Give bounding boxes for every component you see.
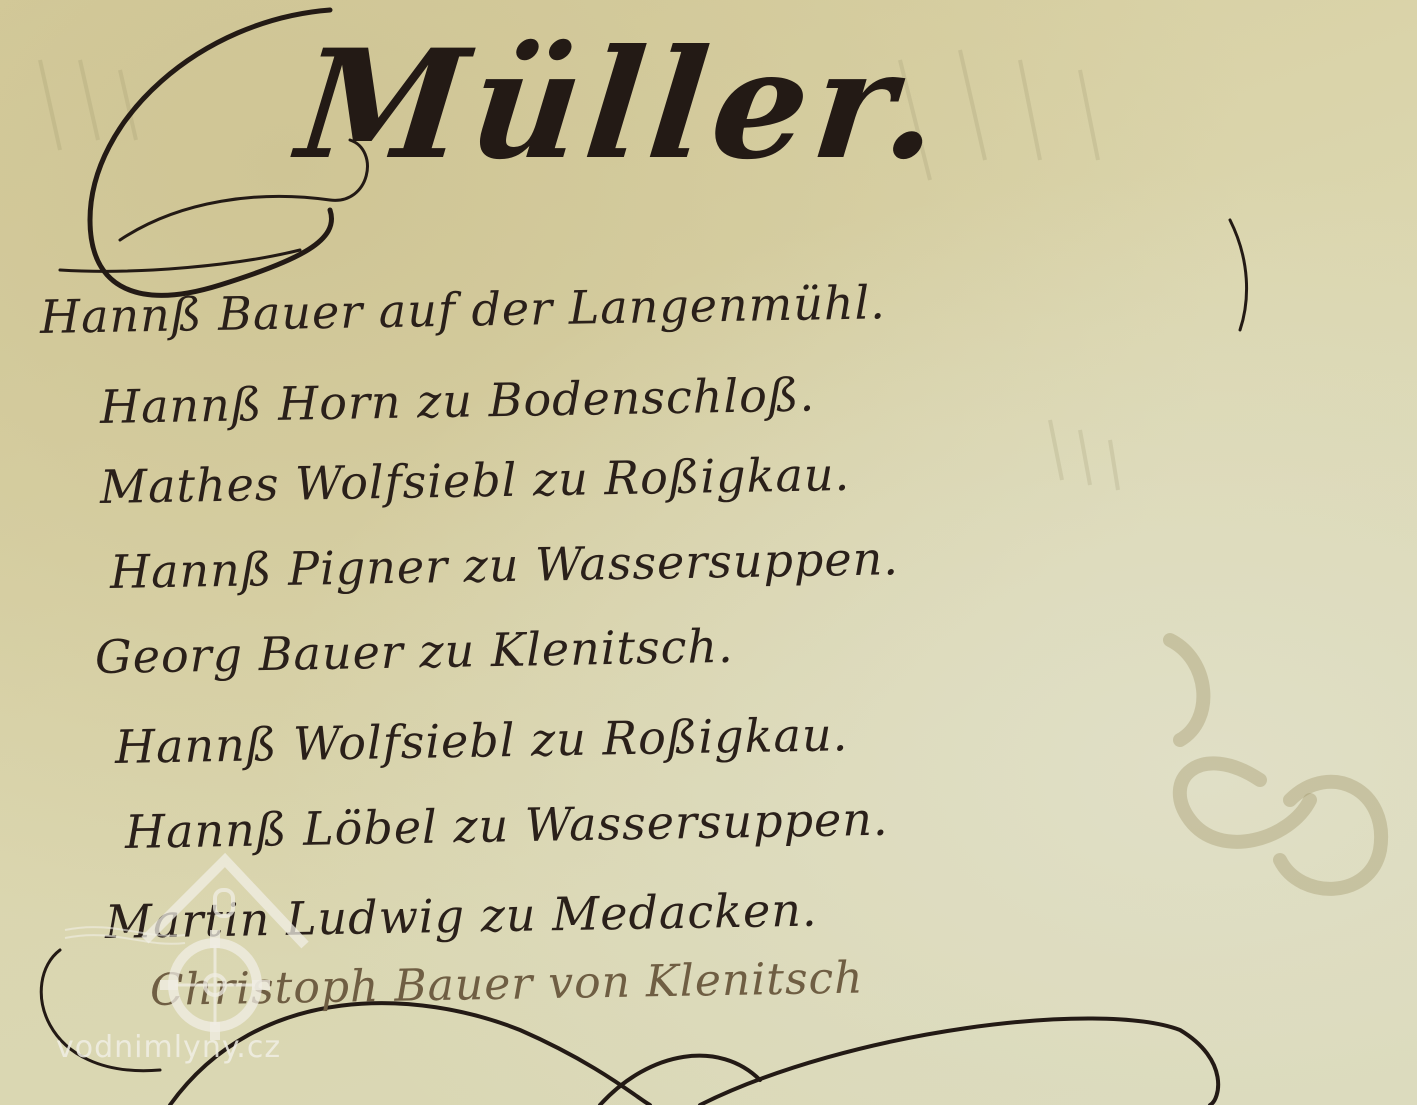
register-entry: Hannß Pigner zu Wassersuppen.	[110, 531, 900, 599]
watermark-text: vodnimlyny.cz	[56, 1030, 281, 1065]
register-entry: Hannß Horn zu Bodenschloß.	[100, 368, 816, 434]
page-heading: Müller.	[292, 30, 952, 180]
register-entry: Mathes Wolfsiebl zu Roßigkau.	[100, 447, 851, 514]
document-page: Müller. Hannß Bauer auf der Langenmühl. …	[0, 0, 1417, 1105]
register-entry: Hannß Wolfsiebl zu Roßigkau.	[115, 707, 849, 774]
register-entry: Hannß Bauer auf der Langenmühl.	[40, 275, 887, 344]
register-entry: Georg Bauer zu Klenitsch.	[95, 619, 734, 684]
register-entry: Hannß Löbel zu Wassersuppen.	[125, 792, 889, 859]
